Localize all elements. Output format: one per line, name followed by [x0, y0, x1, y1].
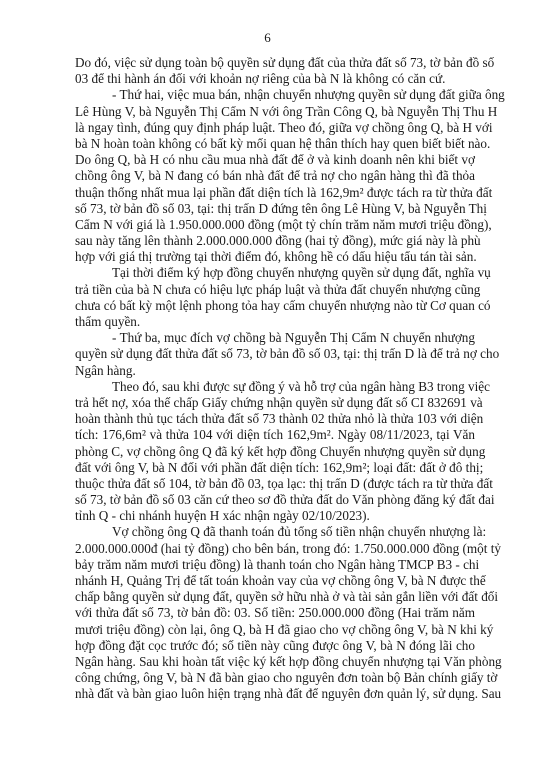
text-line: trả hết nợ, xóa thế chấp Giấy chứng nhận…	[75, 395, 475, 411]
text-line: là ngay tình, đúng quy định pháp luật. T…	[75, 120, 475, 136]
text-line: thuận thống nhất mua lại phần đất diện t…	[75, 185, 475, 201]
paragraph-payment: Vợ chồng ông Q đã thanh toán đủ tổng số …	[75, 524, 475, 702]
text-line: mươi triệu đồng) còn lại, ông Q, bà H đã…	[75, 622, 475, 638]
text-line: hợp đồng đặt cọc trước đó; số tiền này c…	[75, 638, 475, 654]
text-line: - Thứ ba, mục đích vợ chồng bà Nguyễn Th…	[75, 330, 475, 346]
text-line: nhà đất và bàn giao luôn hiện trạng nhà …	[75, 686, 475, 702]
paragraph-third-point: - Thứ ba, mục đích vợ chồng bà Nguyễn Th…	[75, 330, 475, 379]
text-line: chấp bằng quyền sử dụng đất, quyền sở hữ…	[75, 589, 475, 605]
text-line: bà N hoàn toàn không có bất kỳ mối quan …	[75, 136, 475, 152]
page-number: 6	[0, 30, 535, 46]
text-line: nhánh H, Quảng Trị để tất toán khoản vay…	[75, 573, 475, 589]
text-line: hoàn thành thủ tục tách thửa đất số 73 t…	[75, 411, 475, 427]
text-line: thẩm quyền.	[75, 314, 475, 330]
text-line: phòng C, vợ chồng ông Q đã ký kết hợp đồ…	[75, 444, 475, 460]
text-line: quyền sử dụng đất thửa đất số 73, tờ bản…	[75, 346, 475, 362]
text-line: tích: 176,6m² và thửa 104 với diện tích …	[75, 427, 475, 443]
text-line: Vợ chồng ông Q đã thanh toán đủ tổng số …	[75, 524, 475, 540]
text-line: - Thứ hai, việc mua bán, nhận chuyển như…	[75, 87, 475, 103]
document-body: Do đó, việc sử dụng toàn bộ quyền sử dụn…	[75, 55, 475, 703]
text-line: Do đó, việc sử dụng toàn bộ quyền sử dụn…	[75, 55, 475, 71]
text-line: Theo đó, sau khi được sự đồng ý và hỗ tr…	[75, 379, 475, 395]
paragraph-bank-support: Theo đó, sau khi được sự đồng ý và hỗ tr…	[75, 379, 475, 525]
text-line: công chứng, ông V, bà N đã bàn giao cho …	[75, 670, 475, 686]
text-line: số 73, tờ bản đồ số 03, tại: thị trấn D …	[75, 201, 475, 217]
text-line: bảy trăm năm mươi triệu đồng) là thanh t…	[75, 557, 475, 573]
text-line: hợp với giá thị trường tại thời điểm đó,…	[75, 249, 475, 265]
text-line: 03 để thi hành án đối với khoản nợ riêng…	[75, 71, 475, 87]
text-line: chưa có bất kỳ một lệnh phong tỏa hay cấ…	[75, 298, 475, 314]
text-line: Ngân hàng.	[75, 363, 475, 379]
paragraph-contract-time: Tại thời điểm ký hợp đồng chuyển nhượng …	[75, 265, 475, 330]
text-line: sau này tăng lên thành 2.000.000.000 đồn…	[75, 233, 475, 249]
text-line: thuộc thửa đất số 104, tờ bản đồ 03, tọa…	[75, 476, 475, 492]
text-line: số 73, tờ bản đồ số 03 căn cứ theo sơ đồ…	[75, 492, 475, 508]
text-line: Ngân hàng. Sau khi hoàn tất việc ký kết …	[75, 654, 475, 670]
text-line: Cẩm N với giá là 1.950.000.000 đồng (một…	[75, 217, 475, 233]
text-line: Tại thời điểm ký hợp đồng chuyển nhượng …	[75, 265, 475, 281]
text-line: Lê Hùng V, bà Nguyễn Thị Cẩm N với ông T…	[75, 104, 475, 120]
text-line: đất với ông V, bà N đối với phần đất diệ…	[75, 460, 475, 476]
text-line: Do ông Q, bà H có nhu cầu mua nhà đất để…	[75, 152, 475, 168]
paragraph-conclusion: Do đó, việc sử dụng toàn bộ quyền sử dụn…	[75, 55, 475, 87]
text-line: trả tiền của bà N chưa có hiệu lực pháp …	[75, 282, 475, 298]
text-line: 2.000.000.000đ (hai tỷ đồng) cho bên bán…	[75, 541, 475, 557]
paragraph-second-point: - Thứ hai, việc mua bán, nhận chuyển như…	[75, 87, 475, 265]
text-line: với thửa đất số 73, tờ bản đồ: 03. Số ti…	[75, 605, 475, 621]
text-line: chồng ông V, bà N đang có bán nhà đất để…	[75, 168, 475, 184]
text-line: tỉnh Q - chi nhánh huyện H xác nhận ngày…	[75, 508, 475, 524]
